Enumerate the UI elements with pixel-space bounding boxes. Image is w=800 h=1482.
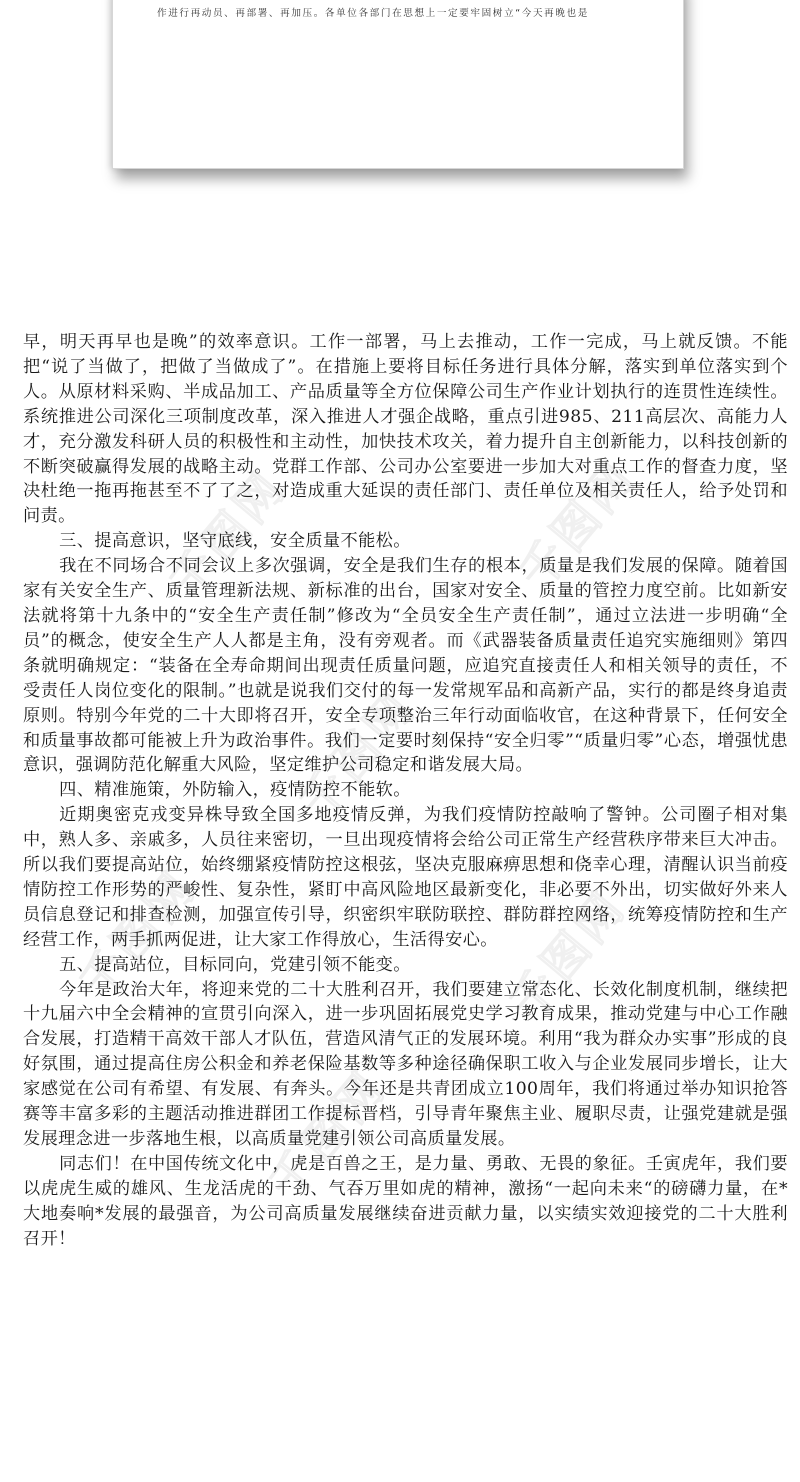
section-heading-4: 四、精准施策，外防输入，疫情防控不能软。 xyxy=(23,778,788,803)
section-heading-3: 三、提高意识，坚守底线，安全质量不能松。 xyxy=(23,529,788,554)
paragraph-continuation: 早，明天再早也是晚”的效率意识。工作一部署，马上去推动，工作一完成，马上就反馈。… xyxy=(23,330,788,529)
section-heading-5: 五、提高站位，目标同向，党建引领不能变。 xyxy=(23,953,788,978)
document-page-preview: 作进行再动员、再部署、再加压。各单位各部门在思想上一定要牢固树立“今天再晚也是 xyxy=(112,0,684,169)
paragraph-epidemic-control: 近期奥密克戎变异株导致全国多地疫情反弹，为我们疫情防控敲响了警钟。公司圈子相对集… xyxy=(23,803,788,952)
paragraph-closing: 同志们！在中国传统文化中，虎是百兽之王，是力量、勇敢、无畏的象征。壬寅虎年，我们… xyxy=(23,1152,788,1252)
page-preview-text-line: 作进行再动员、再部署、再加压。各单位各部门在思想上一定要牢固树立“今天再晚也是 xyxy=(157,5,647,19)
paragraph-safety-quality: 我在不同场合不同会议上多次强调，安全是我们生存的根本，质量是我们发展的保障。随着… xyxy=(23,554,788,778)
document-body: 早，明天再早也是晚”的效率意识。工作一部署，马上去推动，工作一完成，马上就反馈。… xyxy=(23,330,788,1252)
paragraph-party-building: 今年是政治大年，将迎来党的二十大胜利召开，我们要建立常态化、长效化制度机制，继续… xyxy=(23,978,788,1152)
